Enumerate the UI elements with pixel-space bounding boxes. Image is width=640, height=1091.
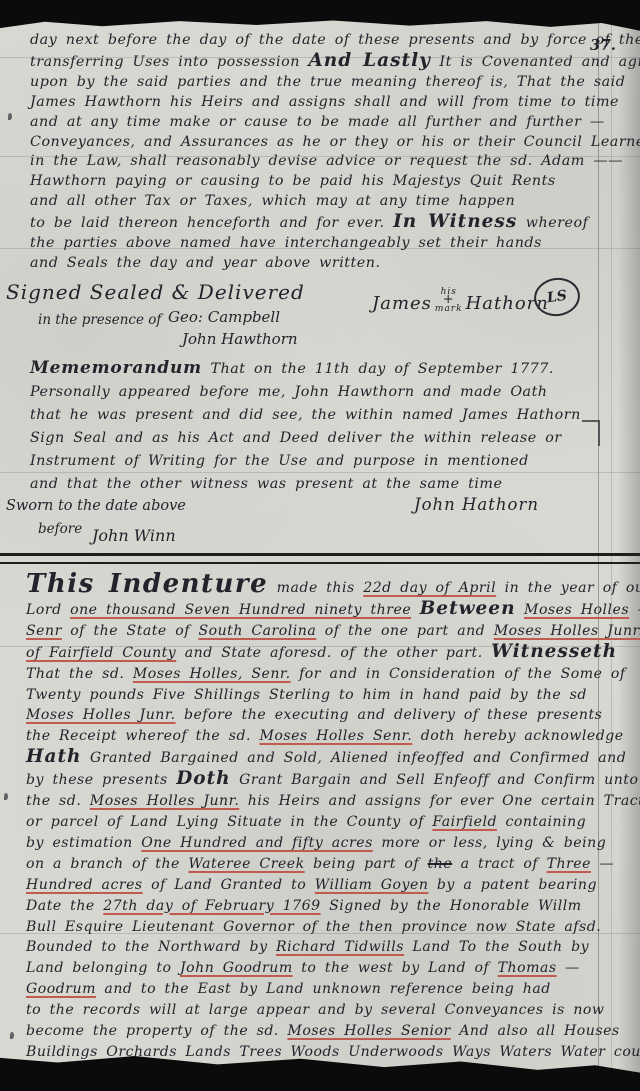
manuscript-line: That the sd. Moses Holles, Senr. for and… [26,664,616,685]
mark-word-mark: mark [435,304,463,314]
manuscript-line: Lord one thousand Seven Hundred ninety t… [26,599,616,621]
manuscript-line: the sd. Moses Holles Junr. his Heirs and… [26,791,616,812]
manuscript-line: become the property of the sd. Moses Hol… [26,1021,616,1042]
pen-bracket-mark [582,420,600,446]
manuscript-line: day next before the day of the date of t… [30,31,610,51]
manuscript-line: that he was present and did see, the wit… [30,404,615,427]
witness-name-campbell: Geo: Campbell [168,308,280,326]
manuscript-line: and that the other witness was present a… [30,473,615,496]
manuscript-line: Conveyances, and Assurances as he or the… [30,133,610,153]
manuscript-line: and at any time make or cause to be made… [30,113,610,133]
indenture-paragraph: This Indenture made this 22d day of Apri… [26,574,616,1063]
manuscript-line: or parcel of Land Lying Situate in the C… [26,812,616,833]
manuscript-line: in the Law, shall reasonably devise advi… [30,152,610,172]
pen-mark [10,1032,14,1039]
manuscript-line: Sign Seal and as his Act and Deed delive… [30,427,615,450]
manuscript-line: to the records will at large appear and … [26,1000,616,1021]
manuscript-line: Hawthorn paying or causing to be paid hi… [30,172,610,192]
manuscript-line: and Seals the day and year above written… [30,254,610,274]
manuscript-line: Land belonging to John Goodrum to the we… [26,958,616,979]
manuscript-line: Bull Esquire Lieutenant Governor of the … [26,917,616,938]
pen-mark [4,793,8,800]
manuscript-line: Instrument of Writing for the Use and pu… [30,450,615,473]
manuscript-line: Personally appeared before me, John Hawt… [30,381,615,404]
witness-signature: John Hathorn [414,495,539,514]
manuscript-line: Goodrum and to the East by Land unknown … [26,979,616,1000]
sworn-line: Sworn to the date above [6,498,186,514]
manuscript-line: transferring Uses into possession And La… [30,51,610,73]
manuscript-line: James Hawthorn his Heirs and assigns sha… [30,93,610,113]
signer-first-name: James [372,293,432,314]
manuscript-line: on a branch of the Wateree Creek being p… [26,854,616,875]
manuscript-line: by estimation One Hundred and fifty acre… [26,833,616,854]
scan-edge-top [0,0,640,32]
manuscript-line: Hundred acres of Land Granted to William… [26,875,616,896]
officiant-signature: John Winn [92,526,176,545]
manuscript-line: and all other Tax or Taxes, which may at… [30,192,610,212]
manuscript-line: Hath Granted Bargained and Sold, Aliened… [26,747,616,769]
section-divider-rule [0,553,640,564]
manuscript-line: to be laid thereon henceforth and for ev… [30,212,610,234]
manuscript-line: Senr of the State of South Carolina of t… [26,621,616,642]
presence-line: in the presence of [38,312,161,328]
manuscript-line: the Receipt whereof the sd. Moses Holles… [26,726,616,747]
witness-name-hawthorn: John Hawthorn [182,330,298,348]
manuscript-line: upon by the said parties and the true me… [30,73,610,93]
pen-mark [8,113,12,120]
manuscript-line: by these presents Doth Grant Bargain and… [26,769,616,791]
signer-signature: Jameshis + markHathorn [372,288,549,314]
before-label: before [38,521,82,537]
manuscript-line: Moses Holles Junr. before the executing … [26,705,616,726]
memorandum-paragraph: Mememorandum That on the 11th day of Sep… [30,357,615,496]
his-mark: his + mark [435,288,463,313]
seal-label: LS [546,288,568,307]
manuscript-line: of Fairfield County and State aforesd. o… [26,642,616,664]
manuscript-line: Twenty pounds Five Shillings Sterling to… [26,685,616,706]
signed-sealed-delivered: Signed Sealed & Delivered [6,280,305,304]
manuscript-line: Mememorandum That on the 11th day of Sep… [30,357,615,381]
deed-closing-paragraph: day next before the day of the date of t… [30,31,610,274]
manuscript-line: the parties above named have interchange… [30,234,610,254]
manuscript-line: Date the 27th day of February 1769 Signe… [26,896,616,917]
manuscript-line: This Indenture made this 22d day of Apri… [26,574,616,599]
manuscript-line: Bounded to the Northward by Richard Tidw… [26,937,616,958]
manuscript-page: 37. day next before the day of the date … [0,0,640,1091]
